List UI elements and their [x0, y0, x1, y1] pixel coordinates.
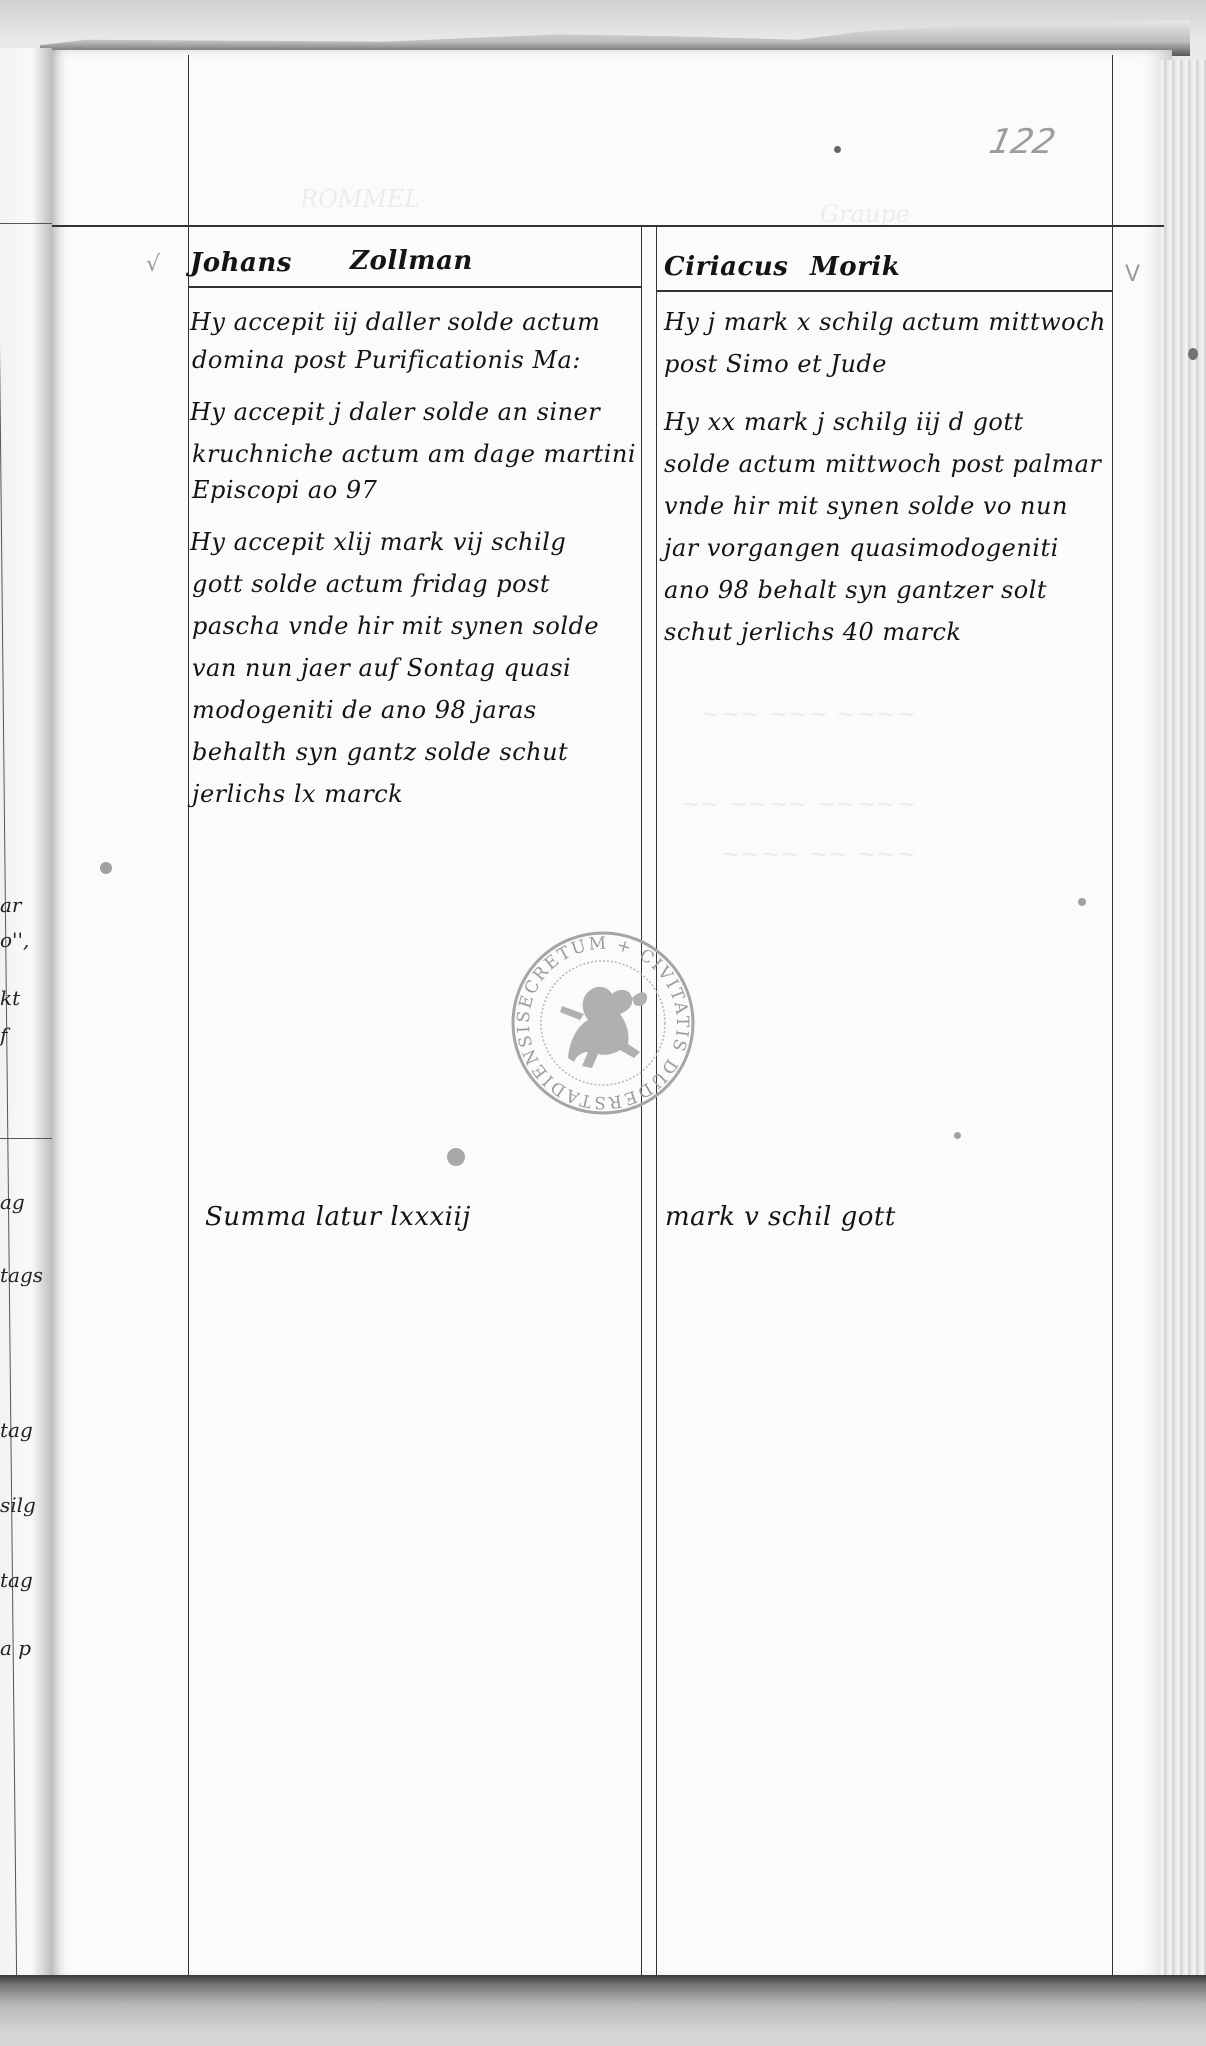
ink-spot	[447, 1148, 465, 1166]
right-account-last-name: Morik	[810, 252, 900, 282]
entry-line: schut jerlichs 40 marck	[664, 618, 961, 646]
scan-bottom-edge	[0, 1975, 1206, 2046]
entry-line: solde actum mittwoch post palmar	[664, 450, 1101, 478]
entry-line: domina post Purificationis Ma:	[192, 346, 581, 374]
entry-line: Hy accepit xlij mark vij schilg	[190, 528, 566, 556]
entry-line: kruchniche actum am dage martini	[192, 440, 636, 468]
bleed-through: ROMMEL	[300, 185, 420, 213]
entry-line: Hy j mark x schilg actum mittwoch	[664, 308, 1106, 336]
fragment-text: silg	[0, 1493, 36, 1517]
previous-page-rule-line	[0, 1138, 52, 1139]
fragment-text: tag	[0, 1418, 33, 1442]
bleed-through: ~~~~ ~~ ~~~	[720, 840, 916, 868]
ink-spot	[834, 146, 841, 153]
city-seal-stamp: SECRETUM + CIVITATIS DUDERSTADIENSIS	[508, 928, 698, 1118]
entry-line: Hy accepit j daler solde an siner	[190, 398, 600, 426]
entry-line: modogeniti de ano 98 jaras	[192, 696, 537, 724]
bleed-through: ~~ ~~~~ ~~~~~	[680, 790, 916, 818]
ink-spot	[1188, 348, 1198, 360]
bleed-through: ~~~ ~~~ ~~~~	[700, 700, 916, 728]
fragment-text: ag	[0, 1190, 25, 1214]
right-account-first-name: Ciriacus	[664, 252, 788, 282]
entry-line: Hy xx mark j schilg iij d gott	[664, 408, 1024, 436]
check-mark: √	[146, 252, 160, 277]
fragment-text: o'',	[0, 928, 29, 952]
summary-total-right: mark v schil gott	[665, 1202, 896, 1232]
fragment-text: tags	[0, 1263, 43, 1287]
fragment-text: tag	[0, 1568, 33, 1592]
entry-line: post Simo et Jude	[664, 350, 887, 378]
ink-spot	[1078, 898, 1086, 906]
entry-line: jerlichs lx marck	[192, 780, 403, 808]
left-margin-rule	[188, 55, 189, 1975]
check-mark: V	[1125, 262, 1140, 287]
page-number: 122	[986, 122, 1059, 162]
fragment-text: f	[0, 1023, 7, 1047]
left-account-last-name: Zollman	[350, 246, 473, 276]
ink-spot	[100, 862, 112, 874]
bleed-through: Graupe	[820, 200, 910, 228]
summary-total-left: Summa latur lxxxiij	[205, 1202, 471, 1232]
previous-page-rule	[0, 48, 17, 1978]
entry-line: behalth syn gantz solde schut	[192, 738, 568, 766]
header-rule	[52, 225, 1164, 227]
left-account-first-name: Johans	[190, 248, 292, 278]
entry-line: Hy accepit iij daller solde actum	[190, 308, 600, 336]
previous-page-sliver: ar o'', kt f ag tags tag silg tag a p	[0, 48, 52, 1978]
right-name-underline	[656, 290, 1112, 292]
fragment-text: kt	[0, 986, 20, 1010]
left-name-underline	[188, 286, 641, 288]
lion-seal-icon: SECRETUM + CIVITATIS DUDERSTADIENSIS	[508, 928, 698, 1118]
stacked-page-edges	[1160, 60, 1206, 1990]
entry-line: van nun jaer auf Sontag quasi	[192, 654, 571, 682]
previous-page-header-rule	[0, 223, 52, 224]
entry-line: ano 98 behalt syn gantzer solt	[664, 576, 1047, 604]
entry-line: pascha vnde hir mit synen solde	[192, 612, 599, 640]
entry-line: vnde hir mit synen solde vo nun	[664, 492, 1068, 520]
right-margin-rule	[1112, 55, 1113, 1975]
ink-spot	[954, 1132, 961, 1139]
entry-line: Episcopi ao 97	[192, 476, 377, 504]
entry-line: jar vorgangen quasimodogeniti	[664, 534, 1059, 562]
fragment-text: ar	[0, 893, 21, 917]
entry-line: gott solde actum fridag post	[192, 570, 550, 598]
fragment-text: a p	[0, 1636, 31, 1660]
